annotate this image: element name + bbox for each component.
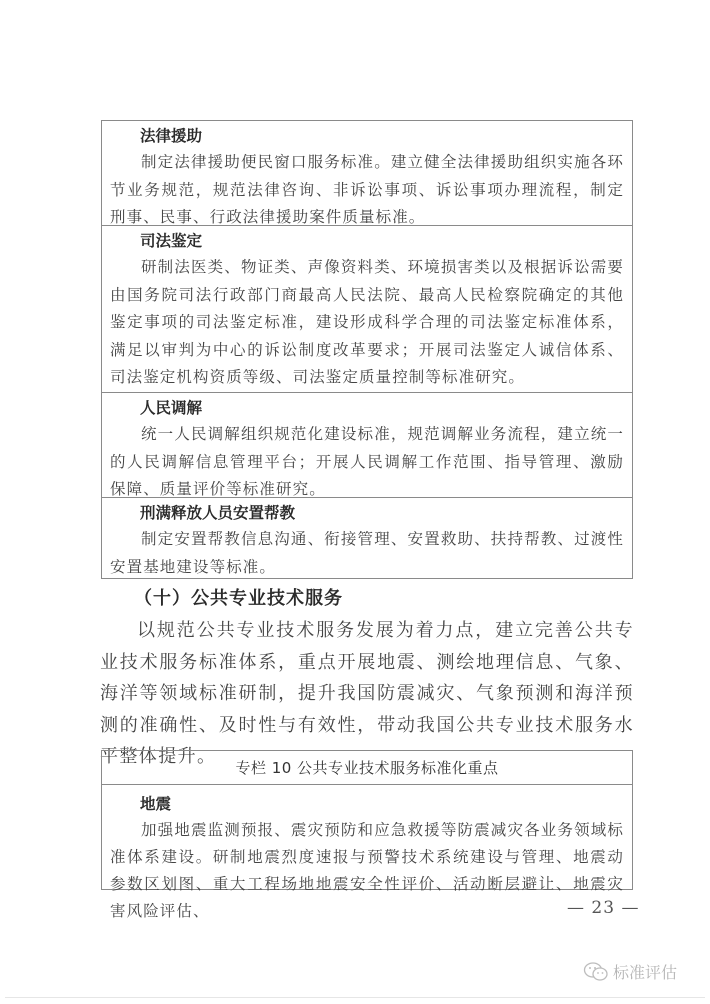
section-heading: （十）公共专业技术服务 <box>134 584 343 610</box>
document-page: 法律援助 制定法律援助便民窗口服务标准。建立健全法律援助组织实施各环节业务规范，… <box>0 0 710 1004</box>
row-body: 研制法医类、物证类、声像资料类、环境损害类以及根据诉讼需要由国务院司法行政部门商… <box>110 254 624 392</box>
table-row: 司法鉴定 研制法医类、物证类、声像资料类、环境损害类以及根据诉讼需要由国务院司法… <box>102 225 632 392</box>
table-row: 人民调解 统一人民调解组织规范化建设标准，规范调解业务流程，建立统一的人民调解信… <box>102 392 632 497</box>
table-header: 专栏 10 公共专业技术服务标准化重点 <box>102 751 632 785</box>
table-row: 法律援助 制定法律援助便民窗口服务标准。建立健全法律援助组织实施各环节业务规范，… <box>102 121 632 225</box>
row-title: 刑满释放人员安置帮教 <box>110 502 624 526</box>
row-body: 加强地震监测预报、震灾预防和应急救援等防震减灾各业务领域标准体系建设。研制地震烈… <box>110 817 624 925</box>
legal-services-table: 法律援助 制定法律援助便民窗口服务标准。建立健全法律援助组织实施各环节业务规范，… <box>101 120 633 579</box>
wechat-icon <box>583 961 609 983</box>
table-row: 地震 加强地震监测预报、震灾预防和应急救援等防震减灾各业务领域标准体系建设。研制… <box>102 785 632 925</box>
row-title: 法律援助 <box>110 125 624 149</box>
section-paragraph: 以规范公共专业技术服务发展为着力点，建立完善公共专业技术服务标准体系，重点开展地… <box>100 615 634 773</box>
bottom-divider <box>5 997 705 998</box>
watermark: 标准评估 <box>583 960 677 983</box>
row-body: 制定安置帮教信息沟通、衔接管理、安置救助、扶持帮教、过渡性安置基地建设等标准。 <box>110 526 624 581</box>
watermark-text: 标准评估 <box>613 960 677 983</box>
row-body: 制定法律援助便民窗口服务标准。建立健全法律援助组织实施各环节业务规范，规范法律咨… <box>110 149 624 232</box>
page-number: — 23 — <box>567 898 639 918</box>
row-title: 人民调解 <box>110 397 624 421</box>
column-10-table: 专栏 10 公共专业技术服务标准化重点 地震 加强地震监测预报、震灾预防和应急救… <box>101 750 633 890</box>
row-title: 司法鉴定 <box>110 230 624 254</box>
row-body: 统一人民调解组织规范化建设标准，规范调解业务流程，建立统一的人民调解信息管理平台… <box>110 421 624 504</box>
table-row: 刑满释放人员安置帮教 制定安置帮教信息沟通、衔接管理、安置救助、扶持帮教、过渡性… <box>102 497 632 579</box>
row-title: 地震 <box>110 793 624 817</box>
